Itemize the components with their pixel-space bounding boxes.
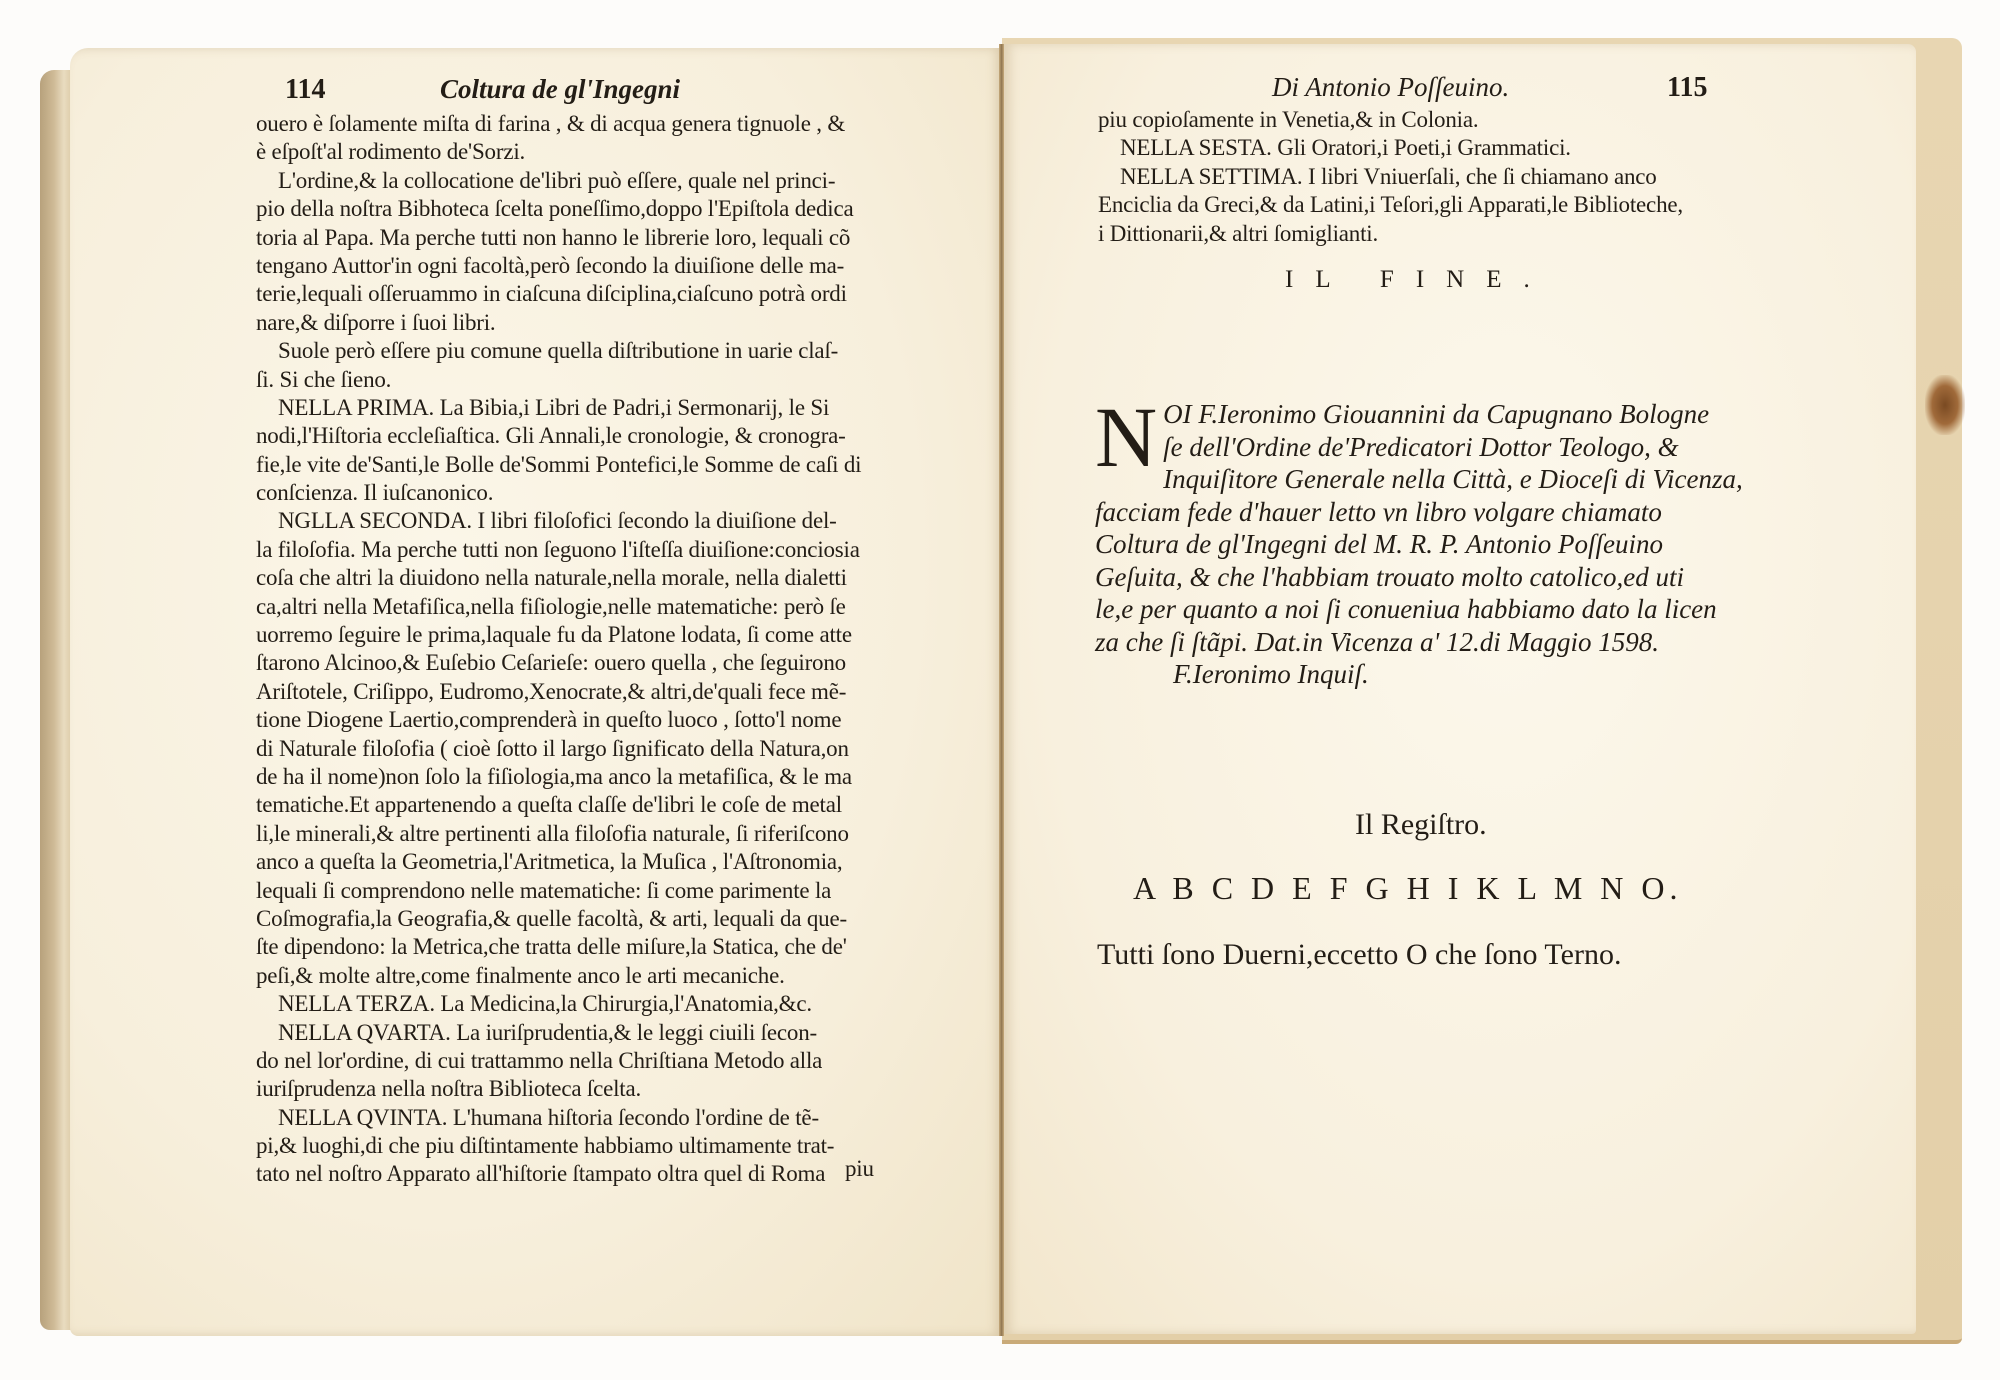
text-line: di Naturale filoſofia ( cioè ſotto il la… [256,735,926,763]
text-line: Enciclia da Greci,& da Latini,i Teſori,g… [1098,191,1778,219]
text-line: nodi,l'Hiſtoria eccleſiaſtica. Gli Annal… [256,422,926,450]
text-line: NELLA QVARTA. La iuriſprudentia,& le leg… [256,1019,926,1047]
text-line: fie,le vite de'Santi,le Bolle de'Sommi P… [256,451,926,479]
text-line: NELLA SESTA. Gli Oratori,i Poeti,i Gramm… [1098,134,1778,162]
text-line: Ariſtotele, Criſippo, Eudromo,Xenocrate,… [256,678,926,706]
text-line: i Dittionarii,& altri ſomiglianti. [1098,220,1778,248]
text-line: Coſmografia,la Geografia,& quelle facolt… [256,905,926,933]
text-line: piu copioſamente in Venetia,& in Colonia… [1098,106,1778,134]
text-line: do nel lor'ordine, di cui trattammo nell… [256,1047,926,1075]
text-line: tato nel noſtro Apparato all'hiſtorie ſt… [256,1160,926,1188]
imprimatur-line: facciam fede d'hauer letto vn libro volg… [1095,496,1775,529]
text-line: NELLA PRIMA. La Bibia,i Libri de Padri,i… [256,394,926,422]
text-line: ſte dipendono: la Metrica,che tratta del… [256,933,926,961]
text-line: ſi. Si che ſieno. [256,366,926,394]
text-line: lequali ſi comprendono nelle matematiche… [256,877,926,905]
text-line: NELLA TERZA. La Medicina,la Chirurgia,l'… [256,990,926,1018]
open-book: 114 Coltura de gl'Ingegni ouero è ſolame… [0,0,2000,1380]
imprimatur-line: OI F.Ieronimo Giouannini da Capugnano Bo… [1095,398,1775,431]
right-folio: 115 [1667,72,1707,104]
text-line: NELLA QVINTA. L'humana hiſtoria ſecondo … [256,1104,926,1132]
text-line: li,le minerali,& altre pertinenti alla f… [256,820,926,848]
imprimatur-signature: F.Ieronimo Inquiſ. [1095,658,1775,691]
text-line: Suole però eſſere piu comune quella diſt… [256,337,926,365]
text-line: NGLLA SECONDA. I libri filoſofici ſecond… [256,507,926,535]
imprimatur-line: Coltura de gl'Ingegni del M. R. P. Anton… [1095,528,1775,561]
text-line: pi,& luoghi,di che piu diſtintamente hab… [256,1132,926,1160]
il-fine: IL FINE. [1285,266,1552,294]
text-line: coſa che altri la diuidono nella natural… [256,564,926,592]
left-page-body: ouero è ſolamente miſta di farina , & di… [256,110,926,1189]
text-line: è eſpoſt'al rodimento de'Sorzi. [256,138,926,166]
text-line: ca,altri nella Metafiſica,nella fiſiolog… [256,593,926,621]
imprimatur-line: Inquiſitore Generale nella Città, e Dioc… [1095,463,1775,496]
text-line: uorremo ſeguire le prima,laquale fu da P… [256,621,926,649]
text-line: iuriſprudenza nella noſtra Biblioteca ſc… [256,1075,926,1103]
left-catchword: piu [845,1155,874,1183]
imprimatur-line: ſe dell'Ordine de'Predicatori Dottor Teo… [1095,431,1775,464]
right-running-head: Di Antonio Poſſeuino. [1272,72,1509,103]
text-line: ſtarono Alcinoo,& Euſebio Ceſarieſe: oue… [256,649,926,677]
imprimatur-text: OI F.Ieronimo Giouannini da Capugnano Bo… [1095,398,1775,658]
registro-note: Tutti ſono Duerni,eccetto O che ſono Ter… [1097,938,1621,972]
drop-cap: N [1095,402,1157,472]
text-line: conſcienza. Il iuſcanonico. [256,479,926,507]
text-line: NELLA SETTIMA. I libri Vniuerſali, che ſ… [1098,163,1778,191]
imprimatur: N OI F.Ieronimo Giouannini da Capugnano … [1095,398,1775,691]
edge-stain [1925,375,1965,435]
text-line: tione Diogene Laertio,comprenderà in que… [256,706,926,734]
text-line: tengano Auttor'in ogni facoltà,però ſeco… [256,252,926,280]
left-folio: 114 [285,74,325,106]
text-line: la filoſofia. Ma perche tutti non ſeguon… [256,536,926,564]
text-line: tematiche.Et appartenendo a queſta claſſ… [256,791,926,819]
text-line: pio della noſtra Bibhoteca ſcelta poneſſ… [256,195,926,223]
imprimatur-line: Geſuita, & che l'habbiam trouato molto c… [1095,561,1775,594]
right-page-body: piu copioſamente in Venetia,& in Colonia… [1098,106,1778,248]
left-running-head: Coltura de gl'Ingegni [440,74,680,105]
text-line: L'ordine,& la collocatione de'libri può … [256,167,926,195]
gutter [999,44,1004,1336]
registro-signatures: A B C D E F G H I K L M N O. [1133,870,1683,907]
text-line: nare,& diſporre i ſuoi libri. [256,309,926,337]
registro-title: Il Regiſtro. [1355,808,1487,842]
text-line: anco a queſta la Geometria,l'Aritmetica,… [256,848,926,876]
imprimatur-line: za che ſi ſtãpi. Dat.in Vicenza a' 12.di… [1095,626,1775,659]
text-line: terie,lequali oſſeruammo in ciaſcuna diſ… [256,280,926,308]
text-line: ouero è ſolamente miſta di farina , & di… [256,110,926,138]
imprimatur-line: le,e per quanto a noi ſi conueniua habbi… [1095,593,1775,626]
text-line: de ha il nome)non ſolo la fiſiologia,ma … [256,763,926,791]
text-line: peſi,& molte altre,come finalmente anco … [256,962,926,990]
text-line: toria al Papa. Ma perche tutti non hanno… [256,224,926,252]
